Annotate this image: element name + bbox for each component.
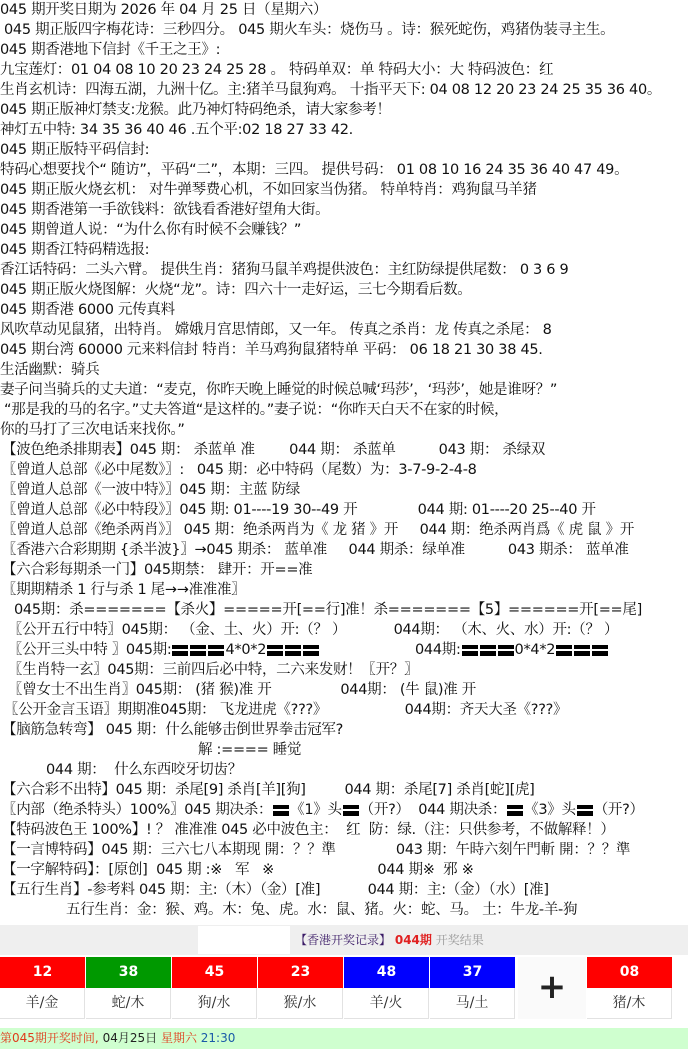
bar-block-icon [190,645,206,656]
bar-block-icon [574,645,590,656]
text-line: 〖香港六合彩期期 {杀半波}〗→045 期杀： 蓝单准 044 期杀：绿单准 0… [2,540,629,560]
plus-icon: + [518,957,586,1019]
santou-code-044: 0*4*2 [515,642,556,658]
bar-block-icon [480,645,496,656]
bar-block-icon [285,645,301,656]
text-line-santou: 〖公开三头中特 〗045期:4*0*2 044期:0*4*2 [8,640,609,660]
text-line: 妻子问当骑兵的丈夫道：“麦克，你昨天晚上睡觉的时候总喊‘玛莎’，‘玛莎’，她是谁… [0,380,557,400]
text-line: 九宝莲灯：01 04 08 10 20 23 24 25 28 。 特码单双：单… [0,60,553,80]
ball-number: 48 [344,957,429,988]
text-line: 045 期香港地下信封《千王之王》: [0,40,220,60]
result-ball: 38蛇/木 [86,957,171,1019]
results-issue: 044期 [395,933,432,947]
text-line: 【六合彩不出特】045 期：杀尾[9] 杀肖[羊][狗] 044 期：杀尾[7]… [2,780,535,800]
text-line: 你的马打了三次电话来找你。” [0,420,185,440]
text-line: 香江话特码：二头六臂。 提供生肖：猪狗马鼠羊鸡提供波色：主红防绿提供尾数： 0 … [0,260,568,280]
ball-number: 38 [86,957,171,988]
bar-block-icon [507,805,523,816]
text-line: 生活幽默：骑兵 [0,360,99,380]
text-line: 045 期香江特码精选报: [0,240,149,260]
santou-code-045: 4*0*2 [225,642,266,658]
text-line: 生肖玄机诗：四海五湖，九洲十亿。主:猪羊马鼠狗鸡。 十指平天下: 04 08 1… [0,80,661,100]
text-line: 044 期： 什么东西咬牙切齿？ [46,760,242,780]
draw-weekday: 星期六 [161,1031,197,1045]
text-line: 〖曾道人总部《绝杀两肖》〗 045 期：绝杀两肖为《 龙 猪 》开 044 期：… [2,520,634,540]
result-ball: 48羊/火 [344,957,429,1019]
text-line: 045 期正版神灯禁支:龙猴。此乃神灯特码绝杀，请大家参考！ [0,100,391,120]
ball-number: 12 [0,957,85,988]
ball-zodiac: 马/土 [430,988,515,1019]
ball-number: 23 [258,957,343,988]
text-line: 045 期香港 6000 元传真料 [0,300,175,320]
draw-time-footer: 第045期开奖时间, 04月25日 星期六 21:30 [0,1028,688,1049]
text-line: 〖曾道人总部《必中尾数》〗: 045 期：必中特码（尾数）为：3-7-9-2-4… [2,460,477,480]
text-line: 045 期台湾 60000 元来料信封 特肖：羊马鸡狗鼠猪特单 平码： 06 1… [0,340,543,360]
ball-zodiac: 羊/金 [0,988,85,1019]
text-line: 045 期正版四字梅花诗：三秒四分。 045 期火车头：烧伤马 。诗：猴死蛇伤，… [4,20,614,40]
bar-block-icon [556,645,572,656]
text-line: “那是我的马的名字。”丈夫答道“是这样的。”妻子说：“你昨天白天不在家的时候， [4,400,508,420]
ball-number: 08 [587,957,672,988]
results-header: 【香港开奖记录】 044期 开奖结果 [295,926,484,954]
text-line: 045 期开奖日期为 2026 年 04 月 25 日（星期六） [0,0,327,20]
ball-number: 45 [172,957,257,988]
bar-block-icon [343,805,359,816]
result-ball: 12羊/金 [0,957,85,1019]
text-line: 045 期香港第一手欲钱料：欲钱看香港好望角大街。 [0,200,329,220]
draw-time: 21:30 [201,1031,236,1045]
text-line: 【一言博特码】045 期：三六七八本期现 開：？？準 043 期：午時六刻午門斬… [2,840,630,860]
draw-date: 04月25日 [103,1031,158,1045]
result-ball: 23猴/水 [258,957,343,1019]
text-line: 五行生肖：金：猴、鸡。木：兔、虎。水：鼠、猪。火：蛇、马。 土：牛龙-羊-狗 [66,900,577,920]
text-line: 〖公开五行中特〗045期： （金、土、火）开:（？ ） 044期： （木、火、水… [8,620,618,640]
result-ball: 37马/土 [430,957,515,1019]
text-line: 【六合彩每期杀一门】045期禁： 肆开：开==准 [2,560,312,580]
bar-block-icon [267,645,283,656]
bar-block-icon [498,645,514,656]
santou-044-label: 044期: [415,642,461,658]
text-line: 〖曾道人总部《一波中特》〗045 期：主蓝 防绿 [2,480,300,500]
text-line-shengxiao: 〖生肖特一玄〗045期：三前四后必中特，二六来发财！〖开？〗 [8,660,418,680]
draw-time-prefix: 第045期开奖时间, [0,1031,99,1045]
ball-zodiac: 羊/火 [344,988,429,1019]
text-line: 【五行生肖】-参考料 045 期：主:（木）（金）[准] 044 期：主:（金）… [2,880,549,900]
text-line: 【波色绝杀排期表】045 期： 杀蓝单 准 044 期： 杀蓝单 043 期： … [2,440,545,460]
text-line: 解 :==== 睡觉 [198,740,301,760]
text-line: 神灯五中特: 34 35 36 40 46 .五个平:02 18 27 33 4… [0,120,353,140]
text-line: 〖公开金言玉语〗期期准045期： 飞龙进虎《???》 044期：齐天大圣《???… [4,700,567,720]
text-line: 045期：杀=======【杀火】=====开[==行]准！杀=======【5… [14,600,642,620]
bar-block-icon [592,645,608,656]
text-line: 045 期正版火烧玄机： 对牛弹琴费心机，不如回家当伪猪。 特单特肖：鸡狗鼠马羊… [0,180,537,200]
text-line: 〖期期精杀 1 行与杀 1 尾→→准准准〗 [2,580,245,600]
ball-zodiac: 猴/水 [258,988,343,1019]
ball-zodiac: 狗/水 [172,988,257,1019]
text-line-neibu: 〖内部（绝杀特头）100%〗045 期决杀：《1》头（开?） 044 期决杀：《… [2,800,644,820]
text-line: 〖曾道人总部《必中特段》〗045 期: 01----19 30--49 开 04… [2,500,596,520]
results-label: 开奖结果 [436,933,484,947]
ball-zodiac: 猪/木 [587,988,672,1019]
bar-block-icon [462,645,478,656]
bar-block-icon [172,645,188,656]
santou-prefix: 〖公开三头中特 〗045期: [8,642,171,658]
special-ball: 08 猪/木 [587,957,672,1019]
ball-number: 37 [430,957,515,988]
bar-block-icon [577,805,593,816]
text-line: 【特码波色王 100%】! ？ 准准准 045 必中波色主： 红 防：绿.（注：… [2,820,615,840]
text-line: 【脑筋急转弯】 045 期：什么能够击倒世界拳击冠军? [2,720,343,740]
text-line: 特码心想要找个“ 随访”，平码“二”，本期：三四。 提供号码： 01 08 10… [0,160,628,180]
text-line: 045 期正版特平码信封: [0,140,149,160]
text-line: 045 期正版火烧图解：火烧“龙”。诗：四六十一走好运，三七今期看后数。 [0,280,472,300]
ball-zodiac: 蛇/木 [86,988,171,1019]
text-line: 045 期曾道人说：“为什么你有时候不会赚钱？” [0,220,301,240]
results-header-tab [198,926,290,954]
results-title: 【香港开奖记录】 [295,933,391,947]
text-line: 〖曾女士不出生肖〗045期： (猪 猴)准 开 044期： (牛 鼠)准 开 [8,680,476,700]
bar-block-icon [273,805,289,816]
text-line: 风吹草动见鼠猪，出特肖。 嫦娥月宫思情郎，又一年。 传真之杀肖：龙 传真之杀尾：… [0,320,552,340]
bar-block-icon [208,645,224,656]
bar-block-icon [303,645,319,656]
result-ball: 45狗/水 [172,957,257,1019]
text-line: 【一字解特码】：[原创] 045 期 :※ 军 ※ 044 期※ 邪 ※ [2,860,474,880]
